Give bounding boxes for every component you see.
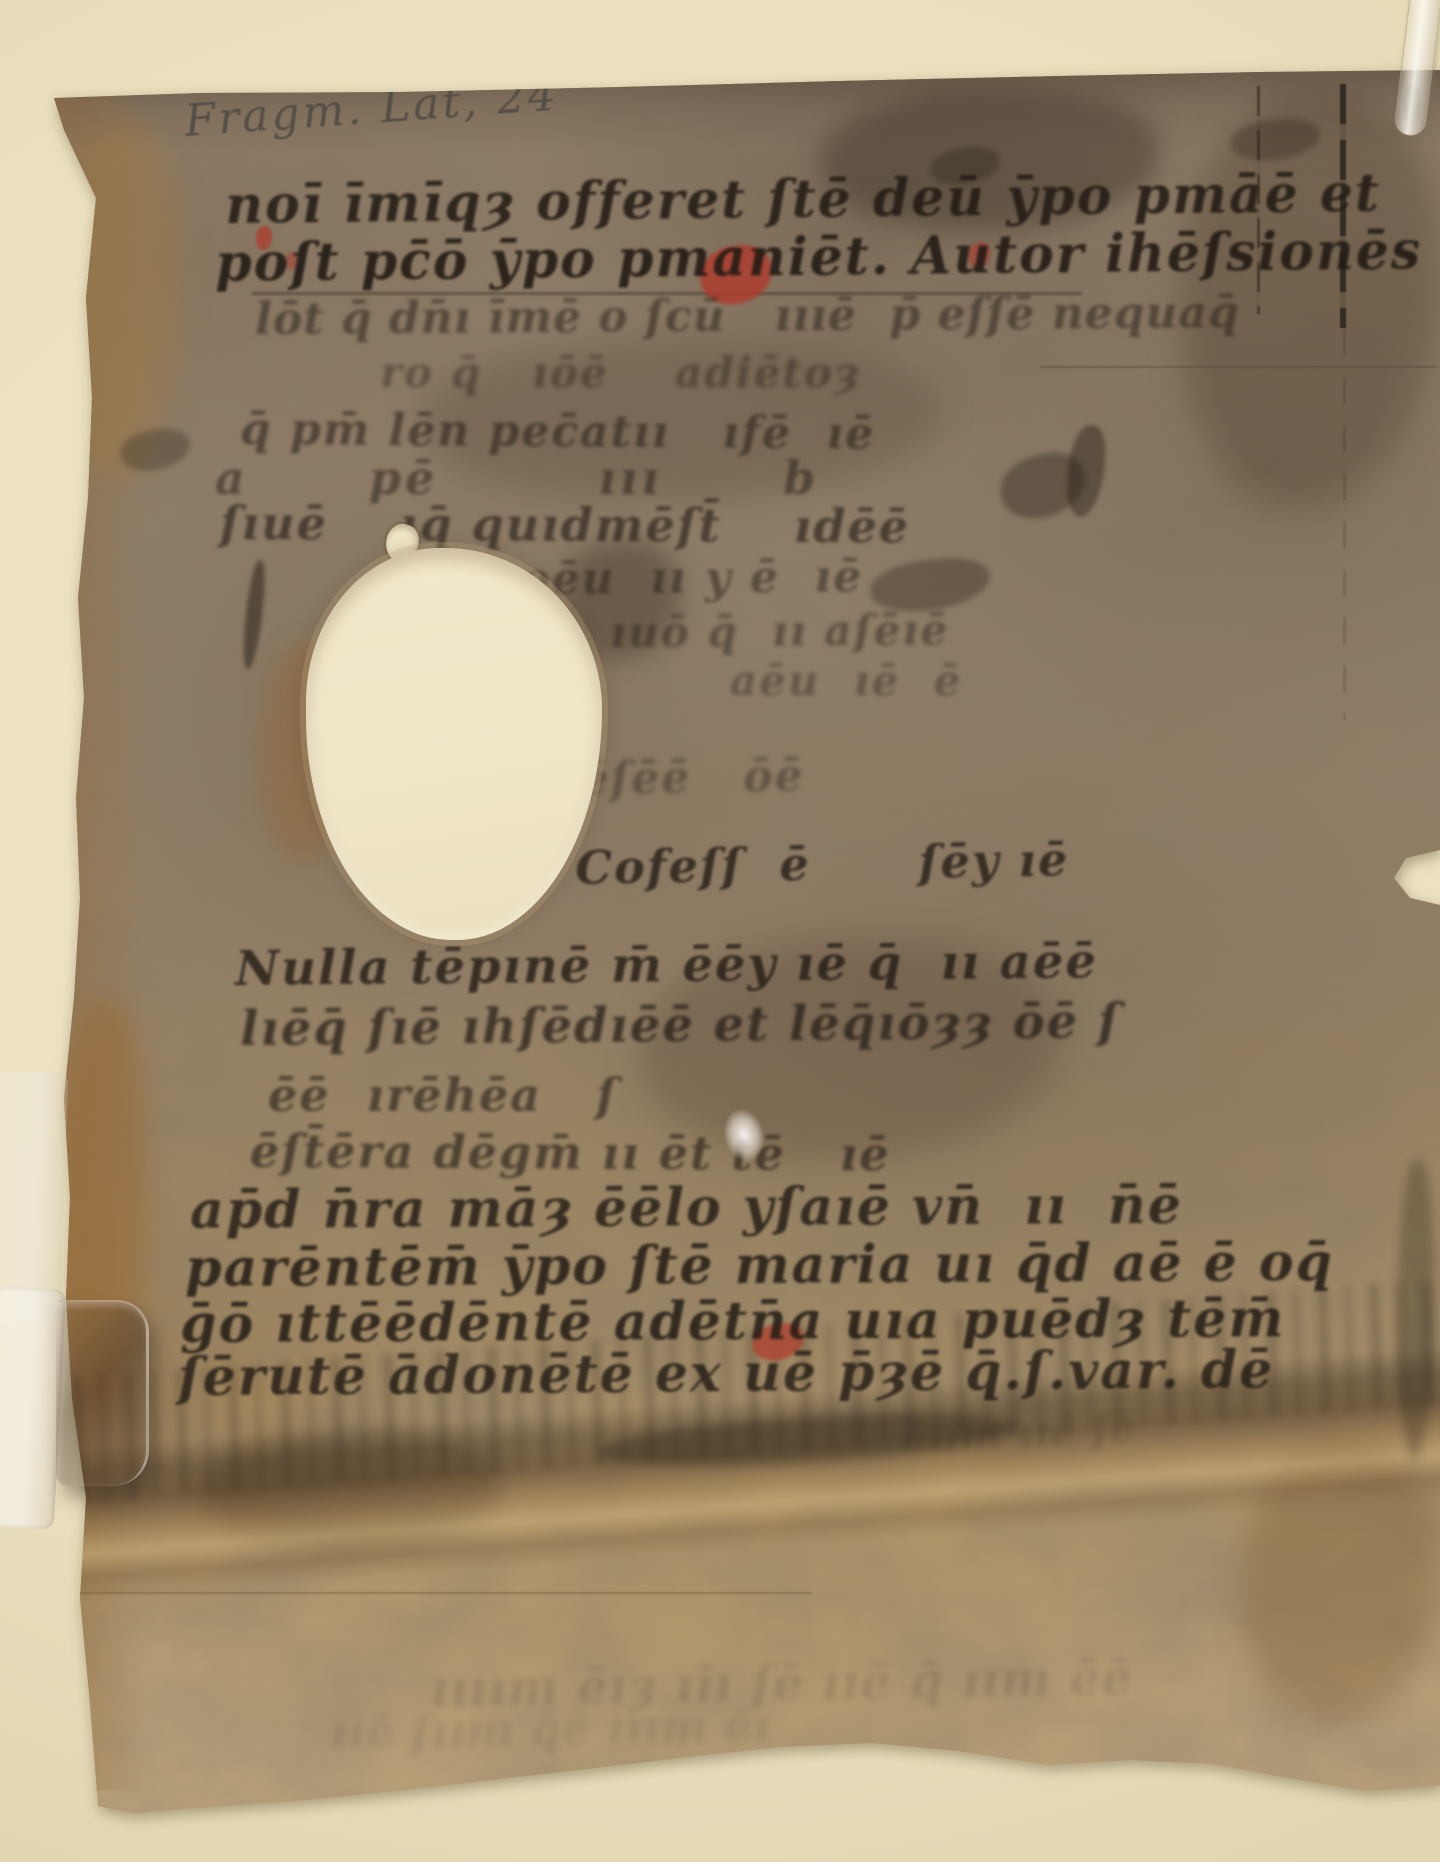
crease-line [62,1592,812,1594]
faded-text-line: ııē ſıım q̄ē ııım ēı [330,1704,771,1756]
manuscript-text-line: lıēq̄ ſıē ıhſēdıēē et lēq̄ıōȝȝ ōē ſ [240,997,1121,1053]
manuscript-text-line: ap̄d n̄ra māȝ ēēlo yſaıē vn̄ ıı n̄ē [190,1180,1183,1237]
manuscript-text-line: ēſēē ōē [580,754,805,802]
manuscript-text-line: ſıuē ıq̄ quıdmēſt̄ ıdēē [220,500,910,550]
ruling-line-vertical [1343,330,1346,720]
manuscript-text-line: a pē ııı b [215,455,819,501]
manuscript-text-line: oēu ıı y ē ıē [520,555,863,602]
parchment-shadow: ıııım ēıȝ ıīı ſē ııē q̄ ıım ēēııē ſıım q… [0,0,1440,1862]
photographed-manuscript-scene: ıııım ēıȝ ıīı ſē ııē q̄ ıım ēēııē ſıım q… [0,0,1440,1862]
manuscript-text-line: ēſt̄ēra dēgm̄ ıı ēt tē ıē [250,1128,891,1177]
manuscript-text-line: lōt q̄ dn̄ı īmē o ſcū ıııē p̄ eſſē nequa… [255,291,1240,342]
faded-text-line: ēıım ııē ſē [900,1408,1137,1460]
manuscript-text-line: ıuō q̄ ıı aſēıē [610,609,949,654]
manuscript-text-line: Nulla tēpınē m̄ ēēy ıē q̄ ıı aēē [235,937,1098,993]
manuscript-text-line: parēntēm̄ ȳpo ſtē maria uı q̄d aē ē oq̄ [185,1237,1334,1295]
manuscript-text-line: ēē ırēhēa ſ [268,1072,618,1118]
manuscript-text-line: ro q̄ ıōē adiētoȝ [380,352,861,394]
manuscript-text-line: q̄ pm̄ lēn pec̄atıı ıfē ıē [240,408,876,456]
manuscript-text-line: aēu ıē ē [730,660,962,702]
manuscript-text-line: Cofeſſ ē ſēy ıē [575,836,1070,891]
ruling-line-horizontal [1040,366,1438,368]
mounting-strip-left [0,1071,68,1323]
manuscript-text-line: poſt pc̄ō ȳpo pmaniēt. Autor ihēſsionēs [215,225,1422,290]
parchment-fragment: ıııım ēıȝ ıīı ſē ııē q̄ ıım ēēııē ſıım q… [0,0,1440,1862]
manuscript-text-line: ſērutē ādonētē ex uē p̄ȝē q̄.ſ.var. dē [178,1344,1274,1404]
plastic-clip-left [56,1300,149,1486]
